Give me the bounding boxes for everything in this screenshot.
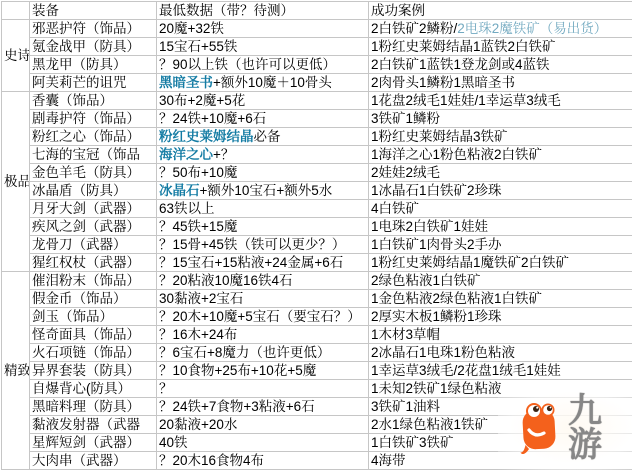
min-data-cell: ？10食物+25布+10花+5魔 bbox=[157, 362, 369, 380]
text-segment: +？ bbox=[213, 147, 234, 162]
success-case-cell: 1冰晶石1白铁矿2珍珠 bbox=[369, 182, 632, 200]
text-segment: 30黏液+2宝石 bbox=[159, 291, 243, 306]
table-row: 火石项链（饰品）？6宝石+8魔力（也许更低）2冰晶石1电珠1粉色粘液 bbox=[2, 344, 632, 362]
text-segment: ？20粘液10魔16铁4石 bbox=[159, 273, 293, 288]
table-row: 阿芙莉芒的诅咒黑暗圣书+额外10魔＋10骨头2肉骨头1鳞粉1黑暗圣书 bbox=[2, 74, 632, 92]
text-segment: 1白铁矿3铁矿 bbox=[371, 435, 454, 450]
equipment-cell: 异界套装（防具） bbox=[30, 362, 157, 380]
min-data-cell: ？6宝石+8魔力（也许更低） bbox=[157, 344, 369, 362]
text-segment: 1冰晶石1白铁矿2珍珠 bbox=[371, 183, 502, 198]
equipment-cell: 氪金战甲（防具） bbox=[30, 38, 157, 56]
equipment-cell: 剧毒护符（饰品） bbox=[30, 110, 157, 128]
text-segment: +额外10魔＋10骨头 bbox=[213, 75, 332, 90]
table-row: 龙骨刀（武器）？15骨+45铁（铁可以更少？）1白铁矿1肉骨头2手办 bbox=[2, 236, 632, 254]
text-segment: ？20木16食物4布 bbox=[159, 453, 264, 468]
text-segment: 4白铁矿 bbox=[371, 201, 419, 216]
jiuyou-mascot-icon bbox=[520, 400, 558, 456]
text-segment: 20黏液+20水 bbox=[159, 417, 237, 432]
table-row: 月牙大剑（武器）63铁以上4白铁矿 bbox=[2, 200, 632, 218]
equipment-cell: 假金币（饰品） bbox=[30, 290, 157, 308]
text-segment: 1未知2铁矿1绿色粘液 bbox=[371, 381, 502, 396]
text-segment: ？ bbox=[159, 381, 173, 396]
text-segment: 冰晶石 bbox=[159, 183, 200, 198]
min-data-cell: ？20粘液10魔16铁4石 bbox=[157, 272, 369, 290]
text-segment: 15宝石+55铁 bbox=[159, 39, 237, 54]
min-data-cell: 粉红史莱姆结晶必备 bbox=[157, 128, 369, 146]
table-row: 冰晶盾（防具）冰晶石+额外10宝石+额外5水1冰晶石1白铁矿2珍珠 bbox=[2, 182, 632, 200]
success-case-cell: 2绿色粘液1白铁矿 bbox=[369, 272, 632, 290]
category-cell: 精致 bbox=[2, 272, 30, 470]
text-segment: 1花盘2绒毛1娃娃/1幸运草3绒毛 bbox=[371, 93, 561, 108]
equipment-cell: 大肉串（武器） bbox=[30, 452, 157, 470]
success-case-cell: 1幸运草3绒毛/2花盘1绒毛1娃娃 bbox=[369, 362, 632, 380]
text-segment: 1粉红史莱姆结晶1魔铁矿2白铁矿 bbox=[371, 255, 569, 270]
min-data-cell: ？ bbox=[157, 380, 369, 398]
min-data-cell: ？15宝石+15粘液+24金属+6石 bbox=[157, 254, 369, 272]
equipment-cell: 火石项链（饰品） bbox=[30, 344, 157, 362]
text-segment: 必备 bbox=[254, 129, 281, 144]
equipment-cell: 金色羊毛（防具） bbox=[30, 164, 157, 182]
min-data-cell: 40铁 bbox=[157, 434, 369, 452]
equipment-cell: 自爆背心(防具） bbox=[30, 380, 157, 398]
equipment-cell: 冰晶盾（防具） bbox=[30, 182, 157, 200]
min-data-cell: ？15骨+45铁（铁可以更少？） bbox=[157, 236, 369, 254]
jiuyou-watermark: 九游 bbox=[498, 385, 632, 470]
text-segment: ？15骨+45铁（铁可以更少？） bbox=[159, 237, 345, 252]
success-case-cell: 1海洋之心1粉色粘液2白铁矿 bbox=[369, 146, 632, 164]
min-data-cell: 冰晶石+额外10宝石+额外5水 bbox=[157, 182, 369, 200]
equipment-cell: 阿芙莉芒的诅咒 bbox=[30, 74, 157, 92]
success-case-cell: 1金色粘液2绿色粘液1白铁矿 bbox=[369, 290, 632, 308]
equipment-cell: 星辉短剑（武器） bbox=[30, 434, 157, 452]
min-data-cell: ？16木+24布 bbox=[157, 326, 369, 344]
text-segment: 40铁 bbox=[159, 435, 188, 450]
header-row: 装备 最低数据（带？待测） 成功案例 bbox=[2, 2, 632, 20]
table-row: 异界套装（防具）？10食物+25布+10花+5魔1幸运草3绒毛/2花盘1绒毛1娃… bbox=[2, 362, 632, 380]
min-data-cell: 海洋之心+？ bbox=[157, 146, 369, 164]
text-segment: ？20木+10魔+5宝石（要宝石？） bbox=[159, 309, 361, 324]
success-case-cell: 1电珠2白铁矿1娃娃 bbox=[369, 218, 632, 236]
min-data-cell: 30黏液+2宝石 bbox=[157, 290, 369, 308]
equipment-cell: 催泪粉末（饰品） bbox=[30, 272, 157, 290]
equipment-cell: 邪恶护符（饰品） bbox=[30, 20, 157, 38]
text-segment: 1金色粘液2绿色粘液1白铁矿 bbox=[371, 291, 542, 306]
text-segment: 黑暗圣书 bbox=[159, 75, 213, 90]
text-segment: 20魔+32铁 bbox=[159, 21, 224, 36]
text-segment: 2肉骨头1鳞粉1黑暗圣书 bbox=[371, 75, 515, 90]
success-case-cell: 2白铁矿1蓝铁1登龙剑或4蓝铁 bbox=[369, 56, 632, 74]
text-segment: ？6宝石+8魔力（也许更低） bbox=[159, 345, 330, 360]
table-row: 剑玉（饰品）？20木+10魔+5宝石（要宝石？）2厚实木板1鳞粉1珍珠 bbox=[2, 308, 632, 326]
text-segment: 4海带 bbox=[371, 453, 406, 468]
jiuyou-brand-text: 九游 bbox=[568, 394, 632, 462]
success-case-cell: 1粉红史莱姆结晶1魔铁矿2白铁矿 bbox=[369, 254, 632, 272]
equipment-cell: 龙骨刀（武器） bbox=[30, 236, 157, 254]
equipment-cell: 香囊（饰品） bbox=[30, 92, 157, 110]
text-segment: 2水1绿色粘液1铁矿 bbox=[371, 417, 488, 432]
text-segment: ？24铁+10魔+6石 bbox=[159, 111, 266, 126]
equipment-cell: 猩红权杖（武器） bbox=[30, 254, 157, 272]
success-case-cell: 2肉骨头1鳞粉1黑暗圣书 bbox=[369, 74, 632, 92]
success-case-cell: 2冰晶石1电珠1粉色粘液 bbox=[369, 344, 632, 362]
min-data-cell: ？24铁+7食物+3粘液+6石 bbox=[157, 398, 369, 416]
equipment-cell: 七海的宝冠（饰品 bbox=[30, 146, 157, 164]
min-data-cell: ？50布+10魔 bbox=[157, 164, 369, 182]
min-data-cell: ？45铁+15魔 bbox=[157, 218, 369, 236]
min-data-cell: ？90以上铁（也许可以更低） bbox=[157, 56, 369, 74]
table-row: 氪金战甲（防具）15宝石+55铁1粉红史莱姆结晶1蓝铁2白铁矿 bbox=[2, 38, 632, 56]
equipment-cell: 黏液发射器（武器 bbox=[30, 416, 157, 434]
text-segment: 1海洋之心1粉色粘液2白铁矿 bbox=[371, 147, 542, 162]
text-segment: ？15宝石+15粘液+24金属+6石 bbox=[159, 255, 343, 270]
text-segment: 粉红史莱姆结晶 bbox=[159, 129, 254, 144]
text-segment: 2娃娃2绒毛 bbox=[371, 165, 440, 180]
min-data-cell: 黑暗圣书+额外10魔＋10骨头 bbox=[157, 74, 369, 92]
success-case-cell: 4白铁矿 bbox=[369, 200, 632, 218]
success-case-cell: 1木材3草帽 bbox=[369, 326, 632, 344]
table-row: 疾风之剑（武器）？45铁+15魔1电珠2白铁矿1娃娃 bbox=[2, 218, 632, 236]
equipment-cell: 怪奇面具（饰品） bbox=[30, 326, 157, 344]
col-header-min-data: 最低数据（带？待测） bbox=[157, 2, 369, 20]
equipment-cell: 黑龙甲（防具） bbox=[30, 56, 157, 74]
success-case-cell: 2厚实木板1鳞粉1珍珠 bbox=[369, 308, 632, 326]
table-row: 假金币（饰品）30黏液+2宝石1金色粘液2绿色粘液1白铁矿 bbox=[2, 290, 632, 308]
col-header-equipment: 装备 bbox=[30, 2, 157, 20]
table-row: 精致催泪粉末（饰品）？20粘液10魔16铁4石2绿色粘液1白铁矿 bbox=[2, 272, 632, 290]
text-segment: 2电珠2魔铁矿（易出货） bbox=[457, 21, 607, 36]
success-case-cell: 2白铁矿2鳞粉/2电珠2魔铁矿（易出货） bbox=[369, 20, 632, 38]
table-row: 极品香囊（饰品）30布+2魔+5花1花盘2绒毛1娃娃/1幸运草3绒毛 bbox=[2, 92, 632, 110]
table-row: 黑龙甲（防具）？90以上铁（也许可以更低）2白铁矿1蓝铁1登龙剑或4蓝铁 bbox=[2, 56, 632, 74]
text-segment: 2冰晶石1电珠1粉色粘液 bbox=[371, 345, 515, 360]
text-segment: ？24铁+7食物+3粘液+6石 bbox=[159, 399, 315, 414]
corner-cell bbox=[2, 2, 30, 20]
success-case-cell: 1粉红史莱姆结晶1蓝铁2白铁矿 bbox=[369, 38, 632, 56]
text-segment: 2白铁矿2鳞粉/ bbox=[371, 21, 457, 36]
min-data-cell: 30布+2魔+5花 bbox=[157, 92, 369, 110]
text-segment: ？50布+10魔 bbox=[159, 165, 237, 180]
text-segment: 2白铁矿1蓝铁1登龙剑或4蓝铁 bbox=[371, 57, 550, 72]
text-segment: 海洋之心 bbox=[159, 147, 213, 162]
table-row: 金色羊毛（防具）？50布+10魔2娃娃2绒毛 bbox=[2, 164, 632, 182]
text-segment: 30布+2魔+5花 bbox=[159, 93, 245, 108]
equipment-cell: 月牙大剑（武器） bbox=[30, 200, 157, 218]
text-segment: ？90以上铁（也许可以更低） bbox=[159, 57, 336, 72]
min-data-cell: ？24铁+10魔+6石 bbox=[157, 110, 369, 128]
success-case-cell: 2娃娃2绒毛 bbox=[369, 164, 632, 182]
equipment-cell: 剑玉（饰品） bbox=[30, 308, 157, 326]
equipment-cell: 粉红之心（饰品） bbox=[30, 128, 157, 146]
min-data-cell: 20魔+32铁 bbox=[157, 20, 369, 38]
text-segment: +额外10宝石+额外5水 bbox=[200, 183, 333, 198]
text-segment: 1粉红史莱姆结晶3铁矿 bbox=[371, 129, 508, 144]
text-segment: ？10食物+25布+10花+5魔 bbox=[159, 363, 316, 378]
text-segment: 2厚实木板1鳞粉1珍珠 bbox=[371, 309, 502, 324]
min-data-cell: 15宝石+55铁 bbox=[157, 38, 369, 56]
equipment-cell: 黑暗料理（防具） bbox=[30, 398, 157, 416]
text-segment: 2绿色粘液1白铁矿 bbox=[371, 273, 481, 288]
table-row: 剧毒护符（饰品）？24铁+10魔+6石3铁矿1鳞粉 bbox=[2, 110, 632, 128]
text-segment: 63铁以上 bbox=[159, 201, 215, 216]
success-case-cell: 1白铁矿1肉骨头2手办 bbox=[369, 236, 632, 254]
min-data-cell: ？20木+10魔+5宝石（要宝石？） bbox=[157, 308, 369, 326]
text-segment: 1幸运草3绒毛/2花盘1绒毛1娃娃 bbox=[371, 363, 561, 378]
min-data-cell: ？20木16食物4布 bbox=[157, 452, 369, 470]
text-segment: ？16木+24布 bbox=[159, 327, 237, 342]
category-cell: 史诗 bbox=[2, 20, 30, 92]
text-segment: 1粉红史莱姆结晶1蓝铁2白铁矿 bbox=[371, 39, 556, 54]
text-segment: 1木材3草帽 bbox=[371, 327, 440, 342]
category-cell: 极品 bbox=[2, 92, 30, 272]
success-case-cell: 1花盘2绒毛1娃娃/1幸运草3绒毛 bbox=[369, 92, 632, 110]
table-row: 粉红之心（饰品）粉红史莱姆结晶必备1粉红史莱姆结晶3铁矿 bbox=[2, 128, 632, 146]
equipment-cell: 疾风之剑（武器） bbox=[30, 218, 157, 236]
text-segment: 3铁矿1油料 bbox=[371, 399, 440, 414]
min-data-cell: 20黏液+20水 bbox=[157, 416, 369, 434]
table-row: 史诗邪恶护符（饰品）20魔+32铁2白铁矿2鳞粉/2电珠2魔铁矿（易出货） bbox=[2, 20, 632, 38]
table-row: 怪奇面具（饰品）？16木+24布1木材3草帽 bbox=[2, 326, 632, 344]
success-case-cell: 3铁矿1鳞粉 bbox=[369, 110, 632, 128]
text-segment: 1白铁矿1肉骨头2手办 bbox=[371, 237, 502, 252]
text-segment: ？45铁+15魔 bbox=[159, 219, 237, 234]
min-data-cell: 63铁以上 bbox=[157, 200, 369, 218]
success-case-cell: 1粉红史莱姆结晶3铁矿 bbox=[369, 128, 632, 146]
table-row: 猩红权杖（武器）？15宝石+15粘液+24金属+6石1粉红史莱姆结晶1魔铁矿2白… bbox=[2, 254, 632, 272]
col-header-success-cases: 成功案例 bbox=[369, 2, 632, 20]
text-segment: 1电珠2白铁矿1娃娃 bbox=[371, 219, 488, 234]
text-segment: 3铁矿1鳞粉 bbox=[371, 111, 440, 126]
table-row: 七海的宝冠（饰品海洋之心+？1海洋之心1粉色粘液2白铁矿 bbox=[2, 146, 632, 164]
